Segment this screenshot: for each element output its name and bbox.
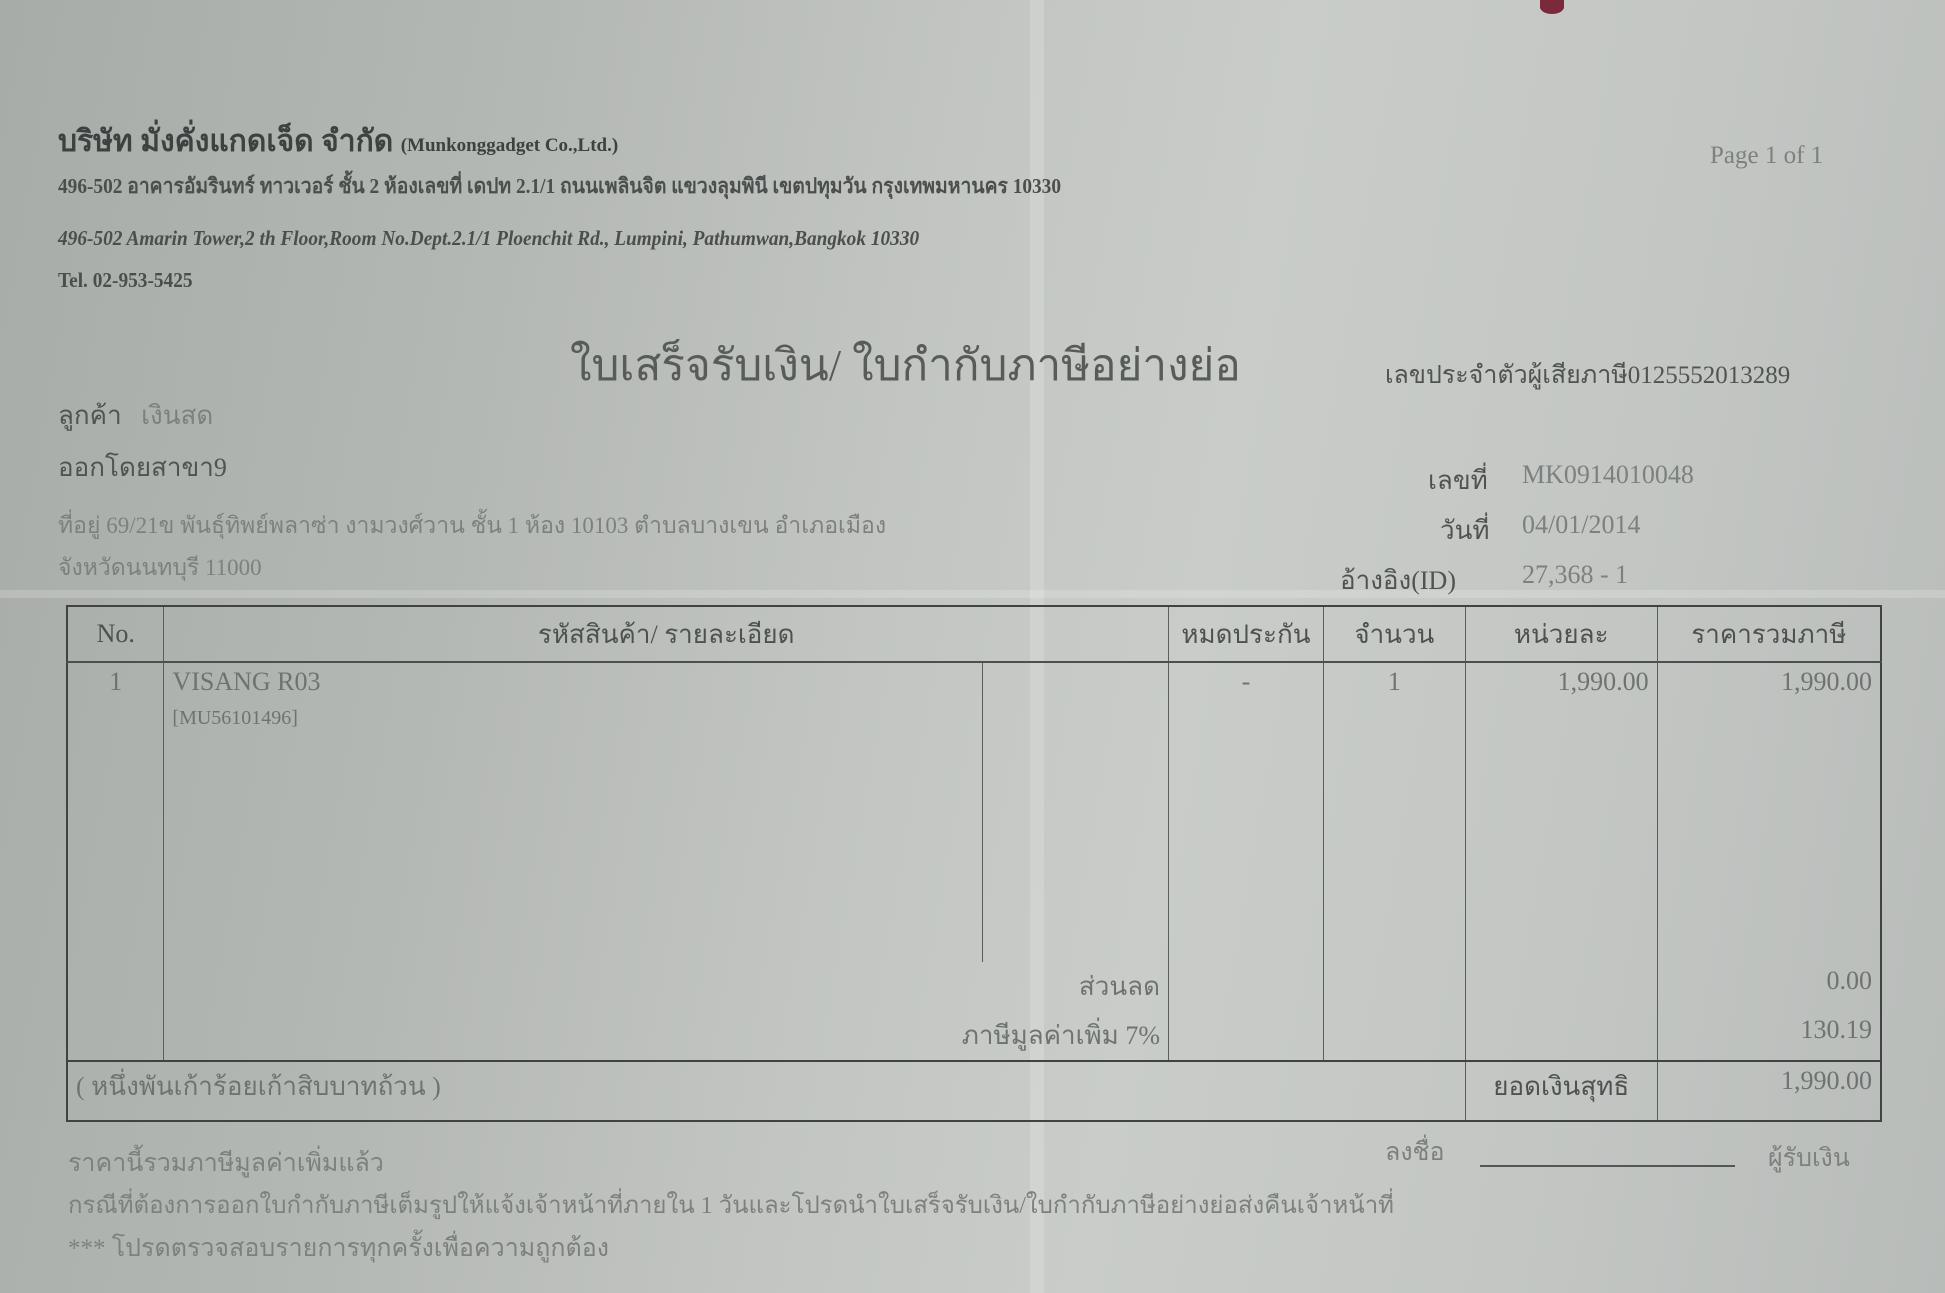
row-total: 1,990.00 xyxy=(1657,662,1881,962)
company-address-th: 496-502 อาคารอัมรินทร์ ทาวเวอร์ ชั้น 2 ห… xyxy=(58,170,1061,203)
page-indicator: Page 1 of 1 xyxy=(1710,142,1823,170)
item-name: VISANG R03 xyxy=(172,667,974,697)
customer-address-line1: ที่อยู่ 69/21ข พันธุ์ทิพย์พลาซ่า งามวงศ์… xyxy=(58,508,886,544)
row-unit-price: 1,990.00 xyxy=(1465,662,1657,962)
company-address-en: 496-502 Amarin Tower,2 th Floor,Room No.… xyxy=(58,226,919,251)
table-header: No. รหัสสินค้า/ รายละเอียด หมดประกัน จำน… xyxy=(67,606,1881,662)
customer-value: เงินสด xyxy=(141,401,213,430)
spacer-cell xyxy=(983,662,1169,962)
company-name-en: (Munkonggadget Co.,Ltd.) xyxy=(401,135,618,156)
row-item: VISANG R03 [MU56101496] xyxy=(164,662,983,962)
discount-value: 0.00 xyxy=(1657,962,1881,1011)
company-name-th: บริษัท มั่งคั่งแกดเจ็ด จำกัด xyxy=(58,125,393,158)
total-row: ( หนึ่งพันเก้าร้อยเก้าสิบบาทถ้วน ) ยอดเง… xyxy=(67,1061,1881,1121)
tax-id-value: 0125552013289 xyxy=(1628,362,1791,389)
reference-label: อ้างอิง(ID) xyxy=(1340,560,1456,601)
row-no: 1 xyxy=(67,662,164,962)
vat-value: 130.19 xyxy=(1657,1011,1881,1061)
amount-in-words: ( หนึ่งพันเก้าร้อยเก้าสิบบาทถ้วน ) xyxy=(67,1061,1465,1121)
customer-label: ลูกค้า xyxy=(58,401,122,430)
vat-row: ภาษีมูลค่าเพิ่ม 7% 130.19 xyxy=(67,1011,1881,1061)
background-object xyxy=(1540,0,1564,14)
signature-line xyxy=(1480,1165,1735,1167)
tax-id-label: เลขประจำตัวผู้เสียภาษี xyxy=(1385,362,1628,389)
col-description: รหัสสินค้า/ รายละเอียด xyxy=(164,606,1169,662)
doc-date-label: วันที่ xyxy=(1440,510,1490,551)
footer-note-check: *** โปรดตรวจสอบรายการทุกครั้งเพื่อความถู… xyxy=(68,1228,609,1268)
tax-id: เลขประจำตัวผู้เสียภาษี0125552013289 xyxy=(1385,355,1790,395)
reference-value: 27,368 - 1 xyxy=(1522,560,1628,590)
doc-number-label: เลขที่ xyxy=(1428,460,1488,501)
row-warranty: - xyxy=(1168,662,1323,962)
row-qty: 1 xyxy=(1323,662,1465,962)
footer-note-full-invoice: กรณีที่ต้องการออกใบกำกับภาษีเต็มรูปให้แจ… xyxy=(68,1185,1394,1224)
col-unit-price: หน่วยละ xyxy=(1465,606,1657,662)
issued-by: ออกโดยสาขา9 xyxy=(58,447,227,488)
items-table: No. รหัสสินค้า/ รายละเอียด หมดประกัน จำน… xyxy=(66,605,1882,1122)
table-row: 1 VISANG R03 [MU56101496] - 1 1,990.00 1… xyxy=(67,662,1881,962)
customer-field: ลูกค้า เงินสด xyxy=(58,395,213,436)
document-title: ใบเสร็จรับเงิน/ ใบกำกับภาษีอย่างย่อ xyxy=(570,330,1241,400)
doc-number: MK0914010048 xyxy=(1522,460,1694,490)
net-label: ยอดเงินสุทธิ xyxy=(1465,1061,1657,1121)
receiver-label: ผู้รับเงิน xyxy=(1768,1138,1850,1178)
item-code: [MU56101496] xyxy=(172,707,974,730)
col-qty: จำนวน xyxy=(1323,606,1465,662)
paper-crease xyxy=(0,590,1945,598)
col-no: No. xyxy=(67,606,164,662)
doc-date: 04/01/2014 xyxy=(1522,510,1640,540)
sign-label: ลงชื่อ xyxy=(1385,1132,1445,1172)
col-total: ราคารวมภาษี xyxy=(1657,606,1881,662)
col-warranty: หมดประกัน xyxy=(1168,606,1323,662)
discount-label: ส่วนลด xyxy=(164,962,1169,1011)
company-tel: Tel. 02-953-5425 xyxy=(58,268,193,293)
vat-label: ภาษีมูลค่าเพิ่ม 7% xyxy=(164,1011,1169,1061)
discount-row: ส่วนลด 0.00 xyxy=(67,962,1881,1011)
company-header: บริษัท มั่งคั่งแกดเจ็ด จำกัด (Munkonggad… xyxy=(58,118,618,165)
net-value: 1,990.00 xyxy=(1657,1061,1881,1121)
footer-note-vat: ราคานี้รวมภาษีมูลค่าเพิ่มแล้ว xyxy=(68,1143,384,1183)
customer-address-line2: จังหวัดนนทบุรี 11000 xyxy=(58,550,262,586)
